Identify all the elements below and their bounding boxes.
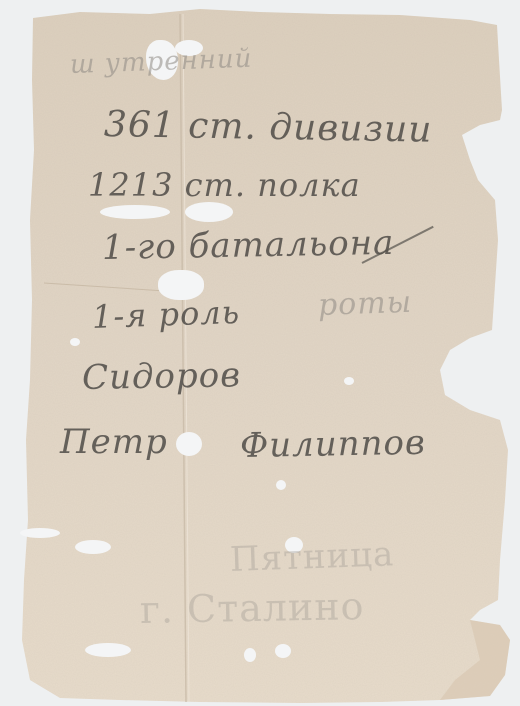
- paper-hole: [100, 205, 170, 219]
- bleed-through-text: г. Сталино: [140, 584, 365, 632]
- handwritten-line-4: 1-го батальона: [102, 223, 395, 268]
- handwritten-line-5b: роты: [317, 285, 412, 323]
- paper-hole: [75, 540, 111, 554]
- paper-hole: [275, 644, 291, 658]
- paper-hole: [276, 480, 286, 490]
- paper-hole: [244, 648, 256, 662]
- paper-hole: [185, 202, 233, 222]
- paper-hole: [344, 377, 354, 385]
- handwritten-line-3: 1213 ст. полка: [88, 166, 361, 204]
- paper-note: Пятница г. Сталино ш утренний 361 ст. ди…: [0, 0, 520, 706]
- paper-hole: [85, 643, 131, 657]
- bleed-through-text: Пятница: [229, 534, 395, 580]
- handwritten-line-5a: 1-я роль: [91, 293, 240, 336]
- handwritten-line-2: 361 ст. дивизии: [104, 104, 433, 151]
- paper-hole: [70, 338, 80, 346]
- handwritten-line-1: ш утренний: [69, 44, 252, 80]
- paper-hole: [20, 528, 60, 538]
- handwritten-line-6: Сидоров: [82, 355, 242, 398]
- paper-hole: [176, 432, 202, 456]
- handwritten-line-7a: Петр: [60, 422, 168, 462]
- handwritten-line-7b: Филиппов: [240, 423, 426, 466]
